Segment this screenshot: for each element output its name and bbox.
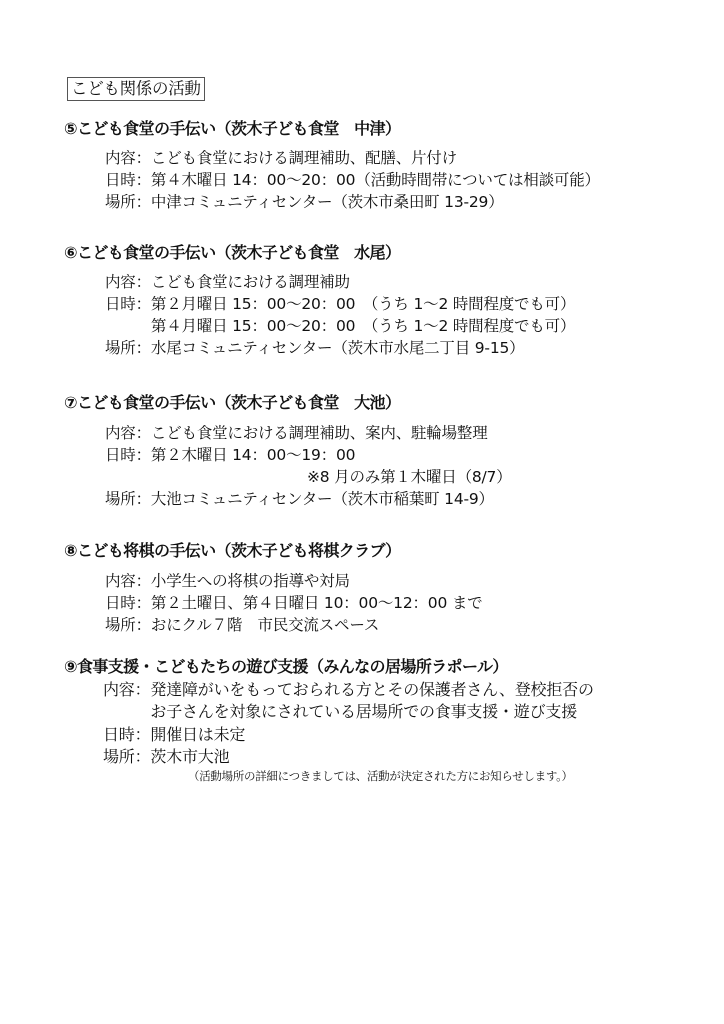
activity-7-location: 場所：大池コミュニティセンター（茨木市稲葉町 14-9）: [105, 489, 494, 509]
activity-7-datetime-note: ※8 月のみ第１木曜日（8/7）: [307, 467, 512, 487]
activity-6-datetime-2: 第４月曜日 15：00～20：00 （うち 1～2 時間程度でも可）: [105, 316, 575, 336]
activity-6-content: 内容：こども食堂における調理補助: [105, 272, 350, 292]
activity-5-datetime: 日時：第４木曜日 14：00～20：00（活動時間帯については相談可能）: [105, 170, 600, 190]
section-label: こども関係の活動: [67, 77, 205, 101]
activity-9-content: 内容：発達障がいをもっておられる方とその保護者さん、登校拒否の: [103, 680, 594, 700]
activity-5-location: 場所：中津コミュニティセンター（茨木市桑田町 13-29）: [105, 192, 504, 212]
activity-heading-5: ⑤こども食堂の手伝い（茨木子ども食堂 中津）: [64, 119, 400, 139]
activity-8-datetime: 日時：第２土曜日、第４日曜日 10：00～12：00 まで: [105, 593, 482, 613]
activity-9-note: （活動場所の詳細につきましては、活動が決定された方にお知らせします。）: [188, 768, 573, 784]
activity-heading-6: ⑥こども食堂の手伝い（茨木子ども食堂 水尾）: [64, 243, 400, 263]
activity-5-content: 内容：こども食堂における調理補助、配膳、片付け: [105, 148, 457, 168]
activity-heading-8: ⑧こども将棋の手伝い（茨木子ども将棋クラブ）: [64, 541, 401, 561]
activity-7-content: 内容：こども食堂における調理補助、案内、駐輪場整理: [105, 423, 488, 443]
activity-6-location: 場所：水尾コミュニティセンター（茨木市水尾二丁目 9-15）: [105, 338, 524, 358]
activity-9-datetime: 日時：開催日は未定: [103, 725, 245, 745]
activity-9-content-2: お子さんを対象にされている居場所での食事支援・遊び支援: [103, 702, 577, 722]
activity-8-content: 内容：小学生への将棋の指導や対局: [105, 571, 350, 591]
activity-heading-7: ⑦こども食堂の手伝い（茨木子ども食堂 大池）: [64, 393, 400, 413]
activity-6-datetime: 日時：第２月曜日 15：00～20：00 （うち 1～2 時間程度でも可）: [105, 294, 575, 314]
activity-9-location: 場所：茨木市大池: [103, 747, 229, 767]
activity-7-datetime: 日時：第２木曜日 14：00～19：00: [105, 445, 355, 465]
activity-8-location: 場所：おにクル７階 市民交流スペース: [105, 615, 379, 635]
activity-heading-9: ⑨食事支援・こどもたちの遊び支援（みんなの居場所ラポール）: [64, 657, 508, 677]
